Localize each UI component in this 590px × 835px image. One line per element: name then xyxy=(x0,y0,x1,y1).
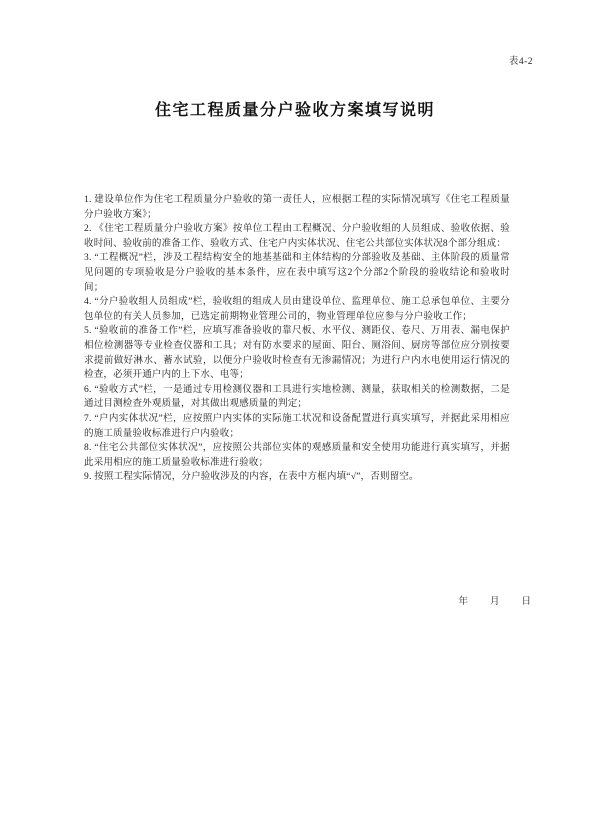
page-title: 住宅工程质量分户验收方案填写说明 xyxy=(0,97,590,120)
instruction-paragraph-1: 1. 建设单位作为住宅工程质量分户验收的第一责任人，应根据工程的实际情况填写《住… xyxy=(84,193,510,222)
instruction-paragraph-6: 6. “验收方式”栏，一是通过专用检测仪器和工具进行实地检测、测量，获取相关的检… xyxy=(84,383,510,412)
instruction-paragraph-8: 8. “住宅公共部位实体状况”，应按照公共部位实体的观感质量和安全使用功能进行真… xyxy=(84,441,510,470)
date-signature-line: 年 月 日 xyxy=(458,593,532,607)
instruction-paragraph-7: 7. “户内实体状况”栏，应按照户内实体的实际施工状况和设备配置进行真实填写，并… xyxy=(84,412,510,441)
instruction-paragraph-2: 2. 《住宅工程质量分户验收方案》按单位工程由工程概况、分户验收组的人员组成、验… xyxy=(84,222,510,251)
table-reference-label: 表4-2 xyxy=(509,53,533,67)
instruction-paragraph-5: 5. “验收前的准备工作”栏，应填写准备验收的靠尺板、水平仪、测距仪、卷尺、万用… xyxy=(84,324,510,382)
instruction-paragraph-4: 4. “分户验收组人员组成”栏，验收组的组成人员由建设单位、监理单位、施工总承包… xyxy=(84,295,510,324)
instruction-paragraph-3: 3. “工程概况”栏，涉及工程结构安全的地基基础和主体结构的分部验收及基础、主体… xyxy=(84,251,510,295)
instruction-paragraph-9: 9. 按照工程实际情况，分户验收涉及的内容，在表中方框内填“√”，否则留空。 xyxy=(84,470,510,485)
instructions-body: 1. 建设单位作为住宅工程质量分户验收的第一责任人，应根据工程的实际情况填写《住… xyxy=(84,193,510,485)
document-page: 表4-2 住宅工程质量分户验收方案填写说明 1. 建设单位作为住宅工程质量分户验… xyxy=(0,0,590,835)
